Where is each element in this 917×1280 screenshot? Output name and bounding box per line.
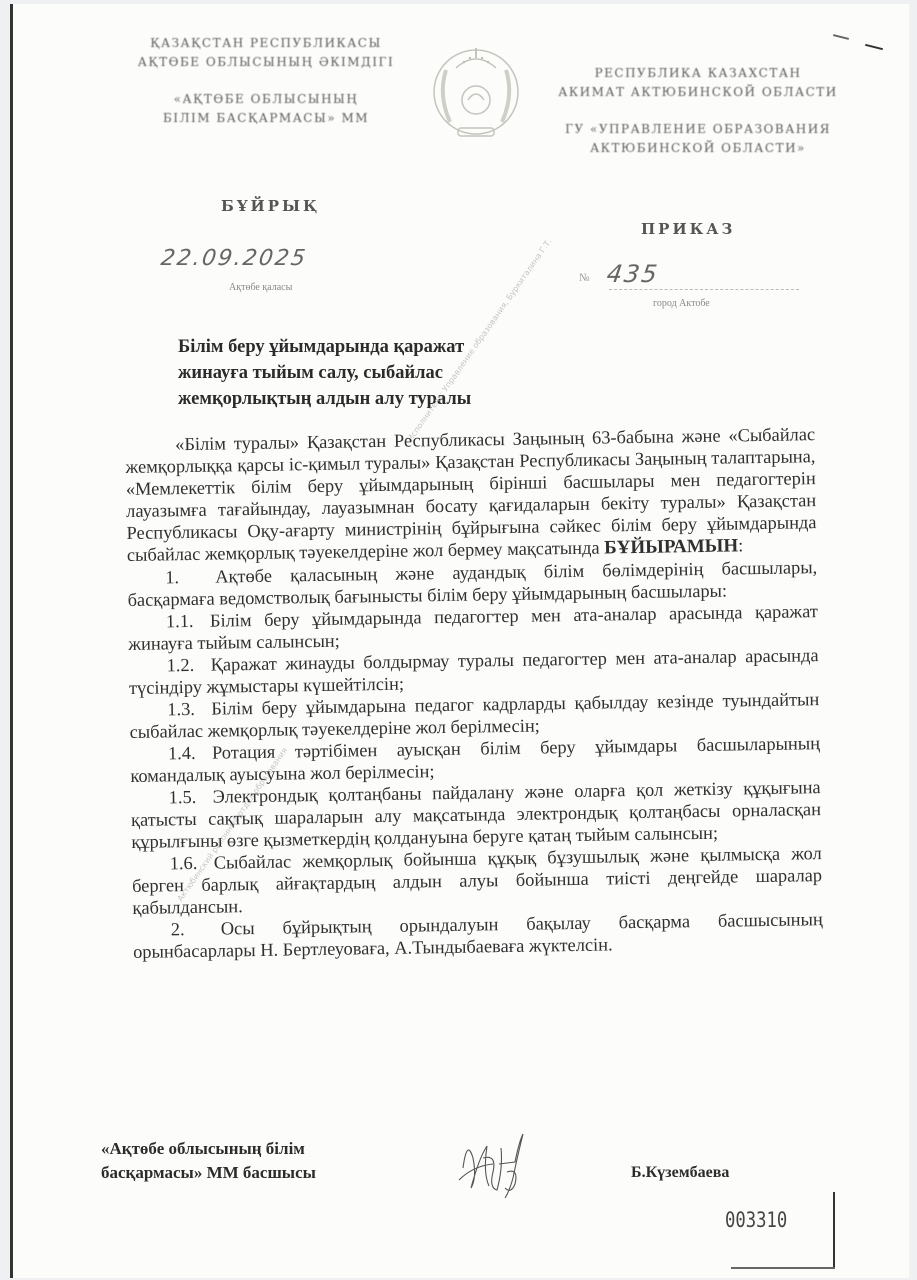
handwritten-signature-icon [453,1128,533,1200]
order-word: БҰЙЫРАМЫН [604,535,738,558]
header-ru-line1: РЕСПУБЛИКА КАЗАХСТАН [553,64,843,83]
header-ru-line2: АКИМАТ АКТЮБИНСКОЙ ОБЛАСТИ [553,83,843,102]
serial-number: 003310 [725,1208,787,1232]
order-number: 435 [605,260,661,288]
header-kz: ҚАЗАҚСТАН РЕСПУБЛИКАСЫ АҚТӨБЕ ОБЛЫСЫНЫҢ … [131,34,401,128]
order-title-kz: БҰЙРЫҚ [221,197,320,215]
header-kz-line3: «АҚТӨБЕ ОБЛЫСЫНЫҢ [131,90,401,109]
preamble: «Білім туралы» Қазақстан Республикасы За… [125,423,817,567]
place-kz: Ақтөбе қаласы [229,282,292,293]
document-page: ҚАЗАҚСТАН РЕСПУБЛИКАСЫ АҚТӨБЕ ОБЛЫСЫНЫҢ … [10,4,909,1278]
order-date: 22.09.2025 [159,246,308,271]
page-corner-line [833,1192,835,1268]
header-kz-line1: ҚАЗАҚСТАН РЕСПУБЛИКАСЫ [131,34,401,53]
signatory-name: Б.Күзембаева [631,1164,729,1182]
order-item-1-5: 1.5.Электрондық қолтаңбаны пайдалану жән… [131,776,822,853]
order-title-ru: ПРИКАЗ [641,220,735,238]
header-ru-line4: АКТЮБИНСКОЙ ОБЛАСТИ» [553,139,843,158]
number-underline [609,289,799,290]
place-ru: город Актобе [653,298,710,309]
subject-line1: Білім беру ұйымдарында қаражат [178,334,508,360]
subject-line3: жемқорлықтың алдын алу туралы [178,386,508,412]
pen-mark [865,44,883,50]
state-emblem-icon [428,40,524,146]
page-corner-line [731,1267,835,1269]
order-item-1-6: 1.6.Сыбайлас жемқорлық бойынша құқық бұз… [132,842,823,919]
header-ru: РЕСПУБЛИКА КАЗАХСТАН АКИМАТ АКТЮБИНСКОЙ … [553,64,843,158]
pen-mark [833,34,849,40]
header-kz-line2: АҚТӨБЕ ОБЛЫСЫНЫҢ ӘКІМДІГІ [131,53,401,72]
signatory-title: «Ақтөбе облысының білім басқармасы» ММ б… [101,1137,316,1185]
header-kz-line4: БІЛІМ БАСҚАРМАСЫ» ММ [131,109,401,128]
order-body: «Білім туралы» Қазақстан Республикасы За… [125,423,823,963]
header-ru-line3: ГУ «УПРАВЛЕНИЕ ОБРАЗОВАНИЯ [553,120,843,139]
number-sign: № [579,272,590,284]
order-item-2: 2.Осы бұйрықтың орындалуын бақылау басқа… [133,908,824,963]
